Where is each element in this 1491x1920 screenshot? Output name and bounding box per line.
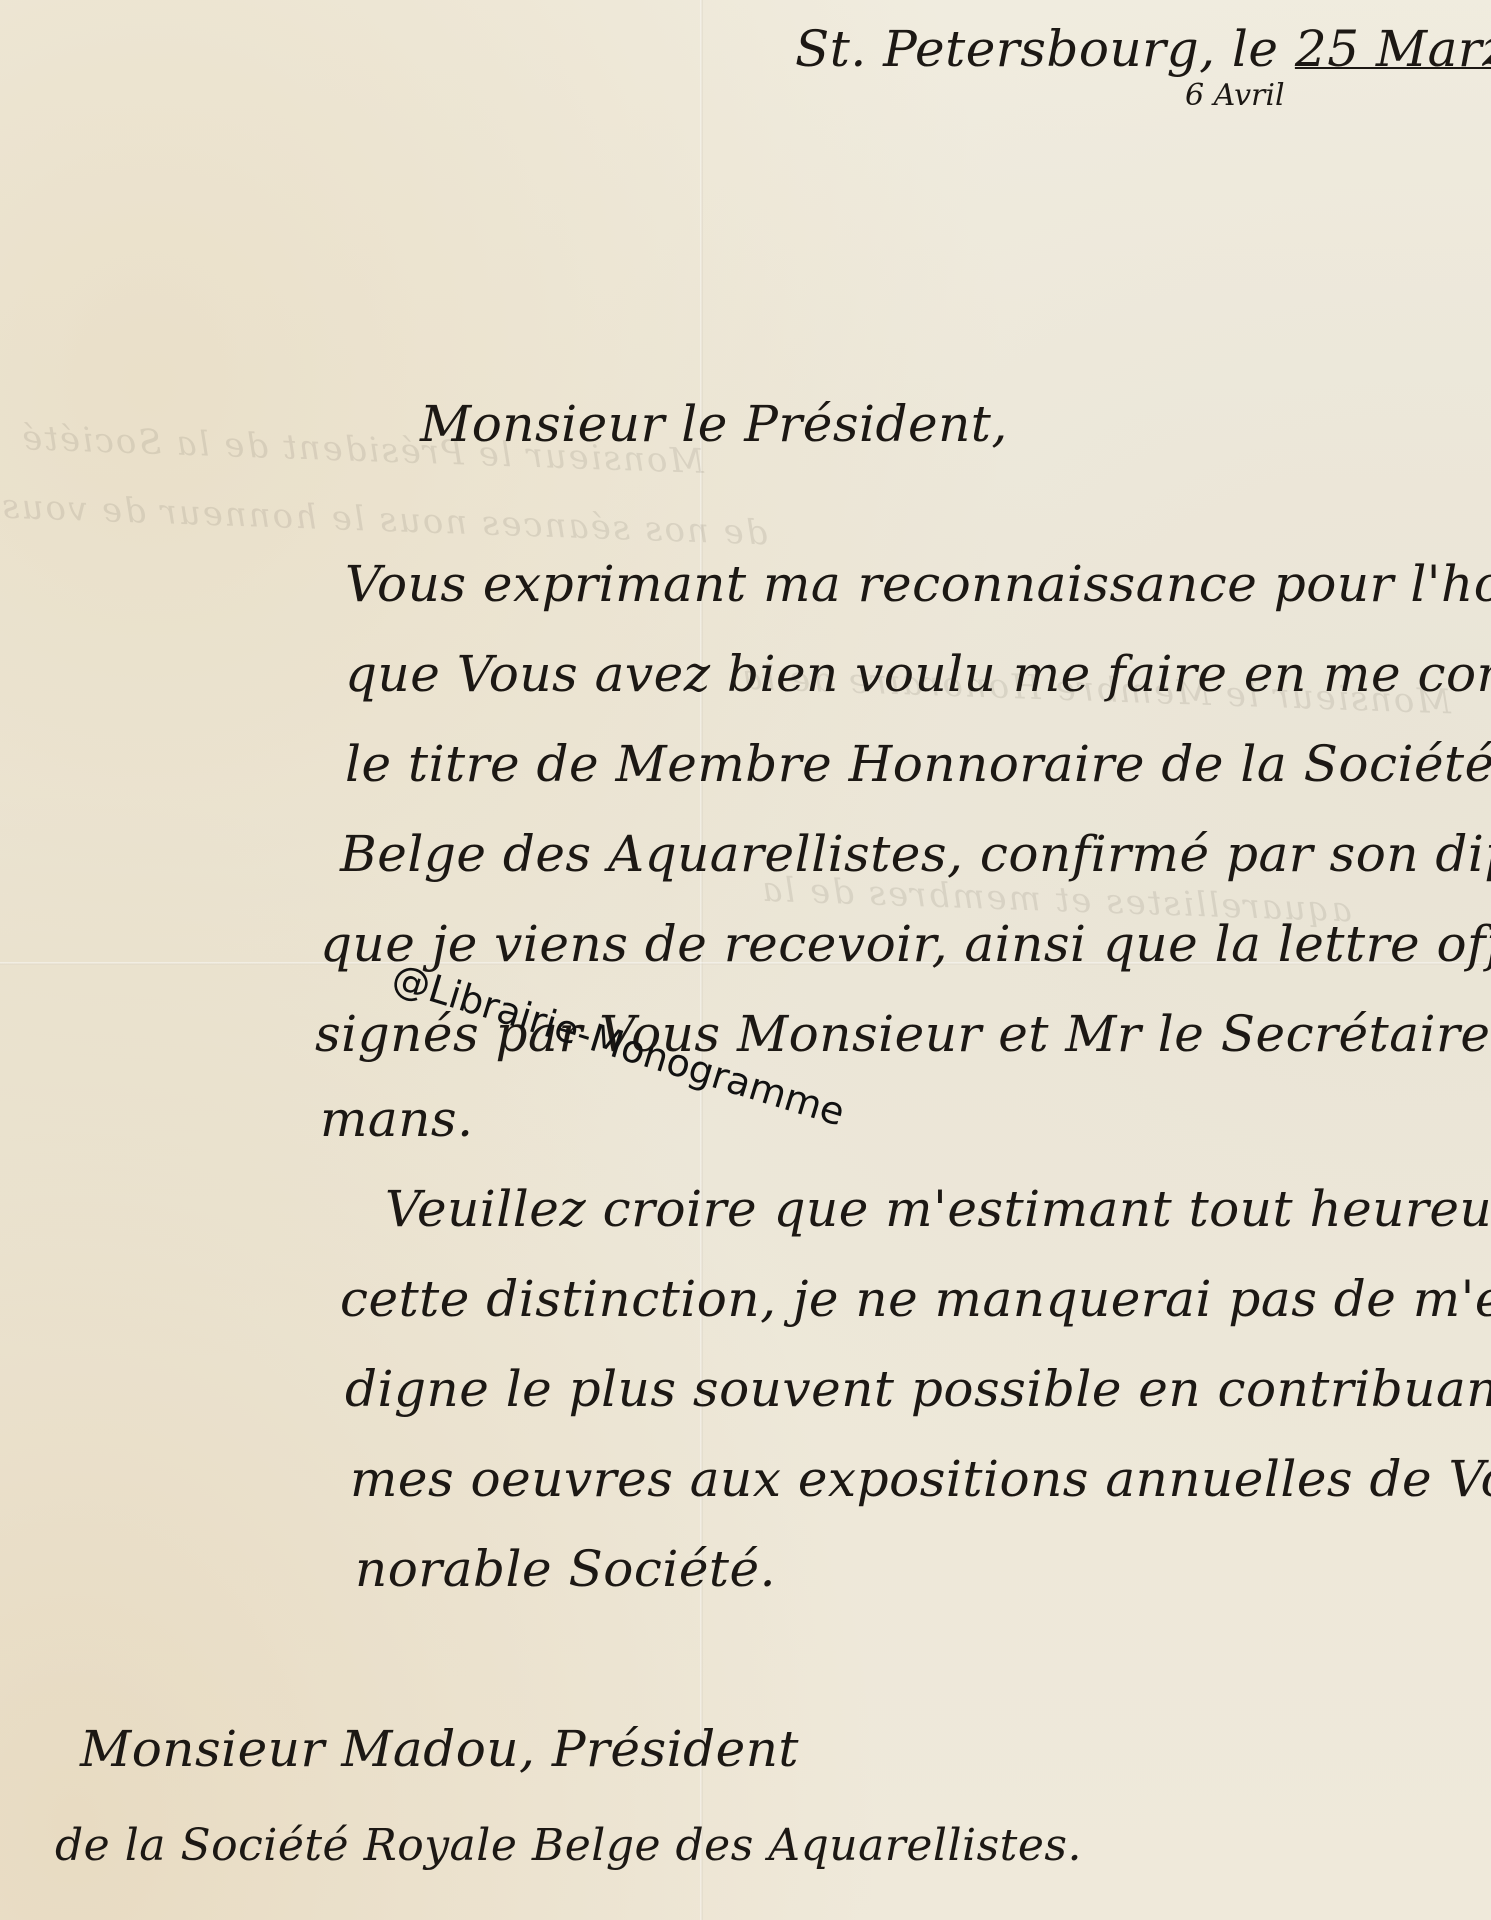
- place: St. Petersbourg,: [795, 20, 1215, 78]
- body-line: mes oeuvres aux expositions annuelles de…: [350, 1450, 1491, 1508]
- addressee-line-2: de la Société Royale Belge des Aquarelli…: [55, 1820, 1082, 1871]
- body-line: Vous exprimant ma reconnaissance pour l'…: [345, 555, 1491, 613]
- body-line: mans.: [320, 1090, 473, 1148]
- body-line: Belge des Aquarellistes, confirmé par so…: [340, 825, 1491, 883]
- body-line: digne le plus souvent possible en contri…: [345, 1360, 1491, 1418]
- body-line: le titre de Membre Honnoraire de la Soci…: [345, 735, 1491, 793]
- date-correction: 6 Avril: [1185, 78, 1285, 113]
- date-prefix: le: [1232, 20, 1279, 78]
- body-line: que Vous avez bien voulu me faire en me …: [345, 645, 1491, 703]
- date-day-month: 25 Marz: [1295, 20, 1491, 78]
- salutation: Monsieur le Président,: [420, 395, 1008, 453]
- body-line: Veuillez croire que m'estimant tout heur…: [385, 1180, 1491, 1238]
- body-line: cette distinction, je ne manquerai pas d…: [340, 1270, 1491, 1328]
- addressee-line-1: Monsieur Madou, Président: [80, 1720, 799, 1778]
- body-line: norable Société.: [355, 1540, 776, 1598]
- date-line: St. Petersbourg, le 25 Marz 1873.: [795, 20, 1491, 78]
- body-line: que je viens de recevoir, ainsi que la l…: [320, 915, 1491, 973]
